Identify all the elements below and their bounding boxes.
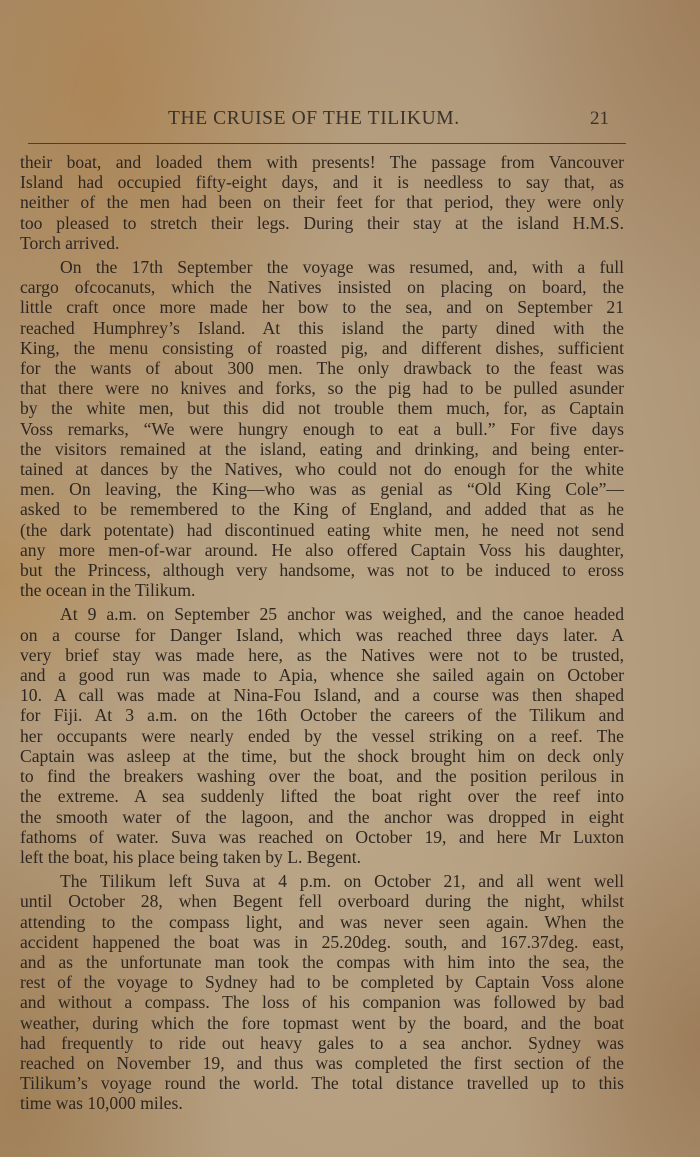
text-line: (the dark potentate) had discontinued ea… <box>20 520 624 540</box>
paragraph-3: At 9 a.m. on September 25 anchor was wei… <box>20 604 624 867</box>
paragraph-1: their boat, and loaded them with present… <box>20 152 624 253</box>
text-line: left the boat, his place being taken by … <box>20 847 624 867</box>
text-line: very brief stay was made here, as the Na… <box>20 645 624 665</box>
text-line: tained at dances by the Natives, who cou… <box>20 459 624 479</box>
text-line: too pleased to stretch their legs. Durin… <box>20 213 624 233</box>
text-line: attending to the compass light, and was … <box>20 912 624 932</box>
text-line: for the wants of about 300 men. The only… <box>20 358 624 378</box>
text-line: men. On leaving, the King—who was as gen… <box>20 479 624 499</box>
text-line: the extreme. A sea suddenly lifted the b… <box>20 786 624 806</box>
text-line: weather, during which the fore topmast w… <box>20 1013 624 1033</box>
text-line: and a good run was made to Apia, whence … <box>20 665 624 685</box>
text-line: the smooth water of the lagoon, and the … <box>20 807 624 827</box>
text-line: Torch arrived. <box>20 233 624 253</box>
text-line: On the 17th September the voyage was res… <box>20 257 624 277</box>
text-line: and without a compass. The loss of his c… <box>20 992 624 1012</box>
text-line: King, the menu consisting of roasted pig… <box>20 338 624 358</box>
text-line: their boat, and loaded them with present… <box>20 152 624 172</box>
text-line: fathoms of water. Suva was reached on Oc… <box>20 827 624 847</box>
text-line: reached on November 19, and thus was com… <box>20 1053 624 1073</box>
text-line: had frequently to ride out heavy gales t… <box>20 1033 624 1053</box>
running-title: THE CRUISE OF THE TILIKUM. <box>168 108 460 130</box>
text-line: to find the breakers washing over the bo… <box>20 766 624 786</box>
text-line: the visitors remained at the island, eat… <box>20 439 624 459</box>
header-rule <box>28 143 626 144</box>
text-line: rest of the voyage to Sydney had to be c… <box>20 972 624 992</box>
text-line: on a course for Danger Island, which was… <box>20 625 624 645</box>
text-line: and as the unfortunate man took the comp… <box>20 952 624 972</box>
text-line: accident happened the boat was in 25.20d… <box>20 932 624 952</box>
text-line: until October 28, when Begent fell overb… <box>20 891 624 911</box>
text-line: that there were no knives and forks, so … <box>20 378 624 398</box>
text-line: any more men-of-war around. He also offe… <box>20 540 624 560</box>
paragraph-4: The Tilikum left Suva at 4 p.m. on Octob… <box>20 871 624 1113</box>
text-line: reached Humphrey’s Island. At this islan… <box>20 318 624 338</box>
text-line: The Tilikum left Suva at 4 p.m. on Octob… <box>20 871 624 891</box>
text-line: her occupants were nearly ended by the v… <box>20 726 624 746</box>
text-line: Voss remarks, “We were hungry enough to … <box>20 419 624 439</box>
text-line: time was 10,000 miles. <box>20 1093 624 1113</box>
page-number: 21 <box>590 108 609 130</box>
text-line: Captain was asleep at the time, but the … <box>20 746 624 766</box>
text-line: little craft once more made her bow to t… <box>20 297 624 317</box>
text-line: asked to be remembered to the King of En… <box>20 499 624 519</box>
paragraph-2: On the 17th September the voyage was res… <box>20 257 624 600</box>
text-line: cargo ofcocanuts, which the Natives insi… <box>20 277 624 297</box>
body-text: their boat, and loaded them with present… <box>20 152 624 1114</box>
text-line: but the Princess, although very handsome… <box>20 560 624 580</box>
text-line: the ocean in the Tilikum. <box>20 580 624 600</box>
text-line: neither of the men had been on their fee… <box>20 192 624 212</box>
text-line: At 9 a.m. on September 25 anchor was wei… <box>20 604 624 624</box>
text-line: 10. A call was made at Nina-Fou Island, … <box>20 685 624 705</box>
text-line: by the white men, but this did not troub… <box>20 398 624 418</box>
text-line: for Fiji. At 3 a.m. on the 16th October … <box>20 705 624 725</box>
text-line: Tilikum’s voyage round the world. The to… <box>20 1073 624 1093</box>
text-line: Island had occupied fifty-eight days, an… <box>20 172 624 192</box>
running-head: THE CRUISE OF THE TILIKUM. 21 <box>0 108 700 136</box>
scanned-book-page: THE CRUISE OF THE TILIKUM. 21 their boat… <box>0 0 700 1157</box>
